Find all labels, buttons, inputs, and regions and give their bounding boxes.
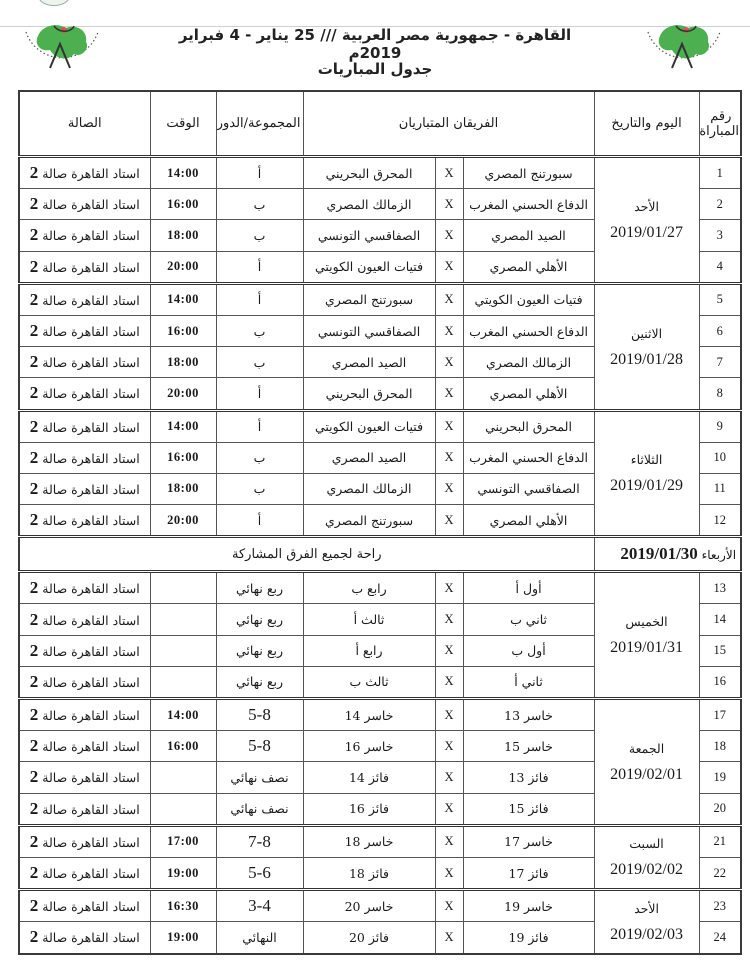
team-home: خاسر 15: [463, 731, 594, 762]
match-time: [150, 762, 216, 793]
group-stage: 5-8: [216, 699, 303, 731]
match-number: 3: [699, 220, 741, 251]
group-stage: 5-8: [216, 731, 303, 762]
team-home: الدفاع الحسني المغرب: [463, 442, 594, 473]
match-time: 14:00: [150, 699, 216, 731]
table-header-row: رقمالمباراة اليوم والتاريخ الفريقان المت…: [19, 91, 741, 157]
team-home: ثاني ب: [463, 604, 594, 635]
versus-mark: X: [435, 731, 463, 762]
table-row: 9الثلاثاء2019/01/29المحرق البحرينيXفتيات…: [19, 410, 741, 442]
table-row: 5الاثنين2019/01/28فتيات العيون الكويتيXس…: [19, 283, 741, 315]
match-number: 10: [699, 442, 741, 473]
venue: استاد القاهرة صالة 2: [19, 283, 150, 315]
match-time: [150, 604, 216, 635]
venue: استاد القاهرة صالة 2: [19, 220, 150, 251]
team-home: فتيات العيون الكويتي: [463, 283, 594, 315]
column-header-date: اليوم والتاريخ: [594, 91, 699, 157]
team-home: الأهلي المصري: [463, 378, 594, 410]
venue: استاد القاهرة صالة 2: [19, 410, 150, 442]
match-time: 20:00: [150, 251, 216, 283]
team-away: فائز 16: [303, 793, 435, 825]
match-number: 20: [699, 793, 741, 825]
table-row: 21السبت2019/02/02خاسر 17Xخاسر 187-817:00…: [19, 825, 741, 857]
match-time: 18:00: [150, 220, 216, 251]
venue: استاد القاهرة صالة 2: [19, 157, 150, 189]
group-stage: ب: [216, 347, 303, 378]
column-header-teams: الفريقان المتباريان: [303, 91, 594, 157]
team-away: سبورتنج المصري: [303, 283, 435, 315]
team-away: ثالث أ: [303, 604, 435, 635]
match-time: [150, 572, 216, 604]
match-time: 16:30: [150, 890, 216, 922]
versus-mark: X: [435, 347, 463, 378]
match-time: 18:00: [150, 473, 216, 504]
versus-mark: X: [435, 666, 463, 698]
group-stage: ربع نهائي: [216, 572, 303, 604]
venue: استاد القاهرة صالة 2: [19, 189, 150, 220]
group-stage: ربع نهائي: [216, 666, 303, 698]
match-time: 19:00: [150, 922, 216, 954]
venue: استاد القاهرة صالة 2: [19, 347, 150, 378]
team-away: فتيات العيون الكويتي: [303, 251, 435, 283]
team-home: فائز 17: [463, 857, 594, 889]
group-stage: أ: [216, 283, 303, 315]
group-stage: أ: [216, 378, 303, 410]
venue: استاد القاهرة صالة 2: [19, 315, 150, 346]
team-home: فائز 13: [463, 762, 594, 793]
venue: استاد القاهرة صالة 2: [19, 505, 150, 537]
team-away: الزمالك المصري: [303, 473, 435, 504]
table-row: 1الأحد2019/01/27سبورتنج المصريXالمحرق ال…: [19, 157, 741, 189]
match-number: 7: [699, 347, 741, 378]
team-home: أول ب: [463, 635, 594, 666]
match-number: 1: [699, 157, 741, 189]
versus-mark: X: [435, 857, 463, 889]
match-time: 16:00: [150, 442, 216, 473]
team-away: الصفاقسي التونسي: [303, 315, 435, 346]
team-away: خاسر 20: [303, 890, 435, 922]
match-number: 6: [699, 315, 741, 346]
group-stage: 3-4: [216, 890, 303, 922]
match-time: 16:00: [150, 315, 216, 346]
team-away: فتيات العيون الكويتي: [303, 410, 435, 442]
group-stage: ب: [216, 473, 303, 504]
match-number: 21: [699, 825, 741, 857]
versus-mark: X: [435, 157, 463, 189]
versus-mark: X: [435, 410, 463, 442]
match-day-date: الخميس2019/01/31: [594, 572, 699, 699]
match-time: 14:00: [150, 410, 216, 442]
team-away: فائز 20: [303, 922, 435, 954]
column-header-time: الوقت: [150, 91, 216, 157]
match-day-date: الأحد2019/02/03: [594, 890, 699, 954]
venue: استاد القاهرة صالة 2: [19, 635, 150, 666]
match-time: 19:00: [150, 857, 216, 889]
group-stage: 5-6: [216, 857, 303, 889]
team-home: الزمالك المصري: [463, 347, 594, 378]
team-home: الأهلي المصري: [463, 505, 594, 537]
team-home: الصفاقسي التونسي: [463, 473, 594, 504]
team-home: الدفاع الحسني المغرب: [463, 315, 594, 346]
versus-mark: X: [435, 251, 463, 283]
match-number: 22: [699, 857, 741, 889]
versus-mark: X: [435, 793, 463, 825]
group-stage: أ: [216, 251, 303, 283]
group-stage: أ: [216, 410, 303, 442]
team-away: ثالث ب: [303, 666, 435, 698]
venue: استاد القاهرة صالة 2: [19, 604, 150, 635]
table-row: 13الخميس2019/01/31أول أXرابع بربع نهائيا…: [19, 572, 741, 604]
team-home: الدفاع الحسني المغرب: [463, 189, 594, 220]
match-number: 19: [699, 762, 741, 793]
team-away: الزمالك المصري: [303, 189, 435, 220]
column-header-group: المجموعة/الدور: [216, 91, 303, 157]
team-home: الأهلي المصري: [463, 251, 594, 283]
match-number: 5: [699, 283, 741, 315]
venue: استاد القاهرة صالة 2: [19, 922, 150, 954]
team-home: أول أ: [463, 572, 594, 604]
page-title: القاهرة - جمهورية مصر العربية /// 25 ينا…: [150, 26, 600, 62]
table-body: 1الأحد2019/01/27سبورتنج المصريXالمحرق ال…: [19, 157, 741, 954]
match-number: 13: [699, 572, 741, 604]
venue: استاد القاهرة صالة 2: [19, 473, 150, 504]
venue: استاد القاهرة صالة 2: [19, 251, 150, 283]
team-home: المحرق البحريني: [463, 410, 594, 442]
rest-day-date: الأربعاء 2019/01/30: [594, 537, 741, 572]
venue: استاد القاهرة صالة 2: [19, 699, 150, 731]
group-stage: ب: [216, 189, 303, 220]
versus-mark: X: [435, 699, 463, 731]
versus-mark: X: [435, 473, 463, 504]
venue: استاد القاهرة صالة 2: [19, 793, 150, 825]
arab-volleyball-association-logo-icon: [642, 22, 726, 84]
match-time: 16:00: [150, 189, 216, 220]
match-number: 24: [699, 922, 741, 954]
venue: استاد القاهرة صالة 2: [19, 731, 150, 762]
match-number: 9: [699, 410, 741, 442]
match-time: 16:00: [150, 731, 216, 762]
venue: استاد القاهرة صالة 2: [19, 890, 150, 922]
team-away: المحرق البحريني: [303, 378, 435, 410]
match-day-date: الثلاثاء2019/01/29: [594, 410, 699, 537]
team-home: فائز 15: [463, 793, 594, 825]
versus-mark: X: [435, 505, 463, 537]
venue: استاد القاهرة صالة 2: [19, 442, 150, 473]
team-away: رابع ب: [303, 572, 435, 604]
match-time: [150, 793, 216, 825]
match-number: 16: [699, 666, 741, 698]
team-away: الصيد المصري: [303, 442, 435, 473]
page-subtitle: جدول المباريات: [150, 60, 600, 78]
group-stage: أ: [216, 505, 303, 537]
rest-day-note: راحة لجميع الفرق المشاركة: [19, 537, 594, 572]
partial-logo-icon: [38, 0, 70, 6]
venue: استاد القاهرة صالة 2: [19, 857, 150, 889]
team-home: خاسر 17: [463, 825, 594, 857]
match-number: 11: [699, 473, 741, 504]
team-home: ثاني أ: [463, 666, 594, 698]
team-away: الصيد المصري: [303, 347, 435, 378]
group-stage: أ: [216, 157, 303, 189]
group-stage: ب: [216, 315, 303, 346]
team-away: فائز 14: [303, 762, 435, 793]
versus-mark: X: [435, 604, 463, 635]
versus-mark: X: [435, 572, 463, 604]
venue: استاد القاهرة صالة 2: [19, 762, 150, 793]
versus-mark: X: [435, 378, 463, 410]
match-time: 20:00: [150, 505, 216, 537]
table-row: 17الجمعة2019/02/01خاسر 13Xخاسر 145-814:0…: [19, 699, 741, 731]
group-stage: ب: [216, 442, 303, 473]
versus-mark: X: [435, 283, 463, 315]
team-away: رابع أ: [303, 635, 435, 666]
versus-mark: X: [435, 442, 463, 473]
match-number: 4: [699, 251, 741, 283]
match-time: [150, 635, 216, 666]
top-strip: [0, 0, 750, 27]
team-home: فائز 19: [463, 922, 594, 954]
group-stage: نصف نهائي: [216, 793, 303, 825]
group-stage: 7-8: [216, 825, 303, 857]
team-home: خاسر 19: [463, 890, 594, 922]
group-stage: ربع نهائي: [216, 604, 303, 635]
team-away: خاسر 14: [303, 699, 435, 731]
team-away: الصفاقسي التونسي: [303, 220, 435, 251]
versus-mark: X: [435, 762, 463, 793]
venue: استاد القاهرة صالة 2: [19, 666, 150, 698]
venue: استاد القاهرة صالة 2: [19, 378, 150, 410]
versus-mark: X: [435, 890, 463, 922]
versus-mark: X: [435, 315, 463, 346]
match-number: 15: [699, 635, 741, 666]
match-day-date: الاثنين2019/01/28: [594, 283, 699, 410]
match-time: 17:00: [150, 825, 216, 857]
venue: استاد القاهرة صالة 2: [19, 825, 150, 857]
match-number: 8: [699, 378, 741, 410]
match-time: 20:00: [150, 378, 216, 410]
rest-day-row: الأربعاء 2019/01/30راحة لجميع الفرق المش…: [19, 537, 741, 572]
match-day-date: الأحد2019/01/27: [594, 157, 699, 284]
group-stage: نصف نهائي: [216, 762, 303, 793]
team-home: خاسر 13: [463, 699, 594, 731]
versus-mark: X: [435, 825, 463, 857]
versus-mark: X: [435, 189, 463, 220]
match-number: 17: [699, 699, 741, 731]
match-time: 14:00: [150, 283, 216, 315]
table-row: 23الأحد2019/02/03خاسر 19Xخاسر 203-416:30…: [19, 890, 741, 922]
versus-mark: X: [435, 220, 463, 251]
team-away: سبورتنج المصري: [303, 505, 435, 537]
team-away: المحرق البحريني: [303, 157, 435, 189]
column-header-venue: الصالة: [19, 91, 150, 157]
match-number: 18: [699, 731, 741, 762]
column-header-match-number: رقمالمباراة: [699, 91, 741, 157]
team-home: الصيد المصري: [463, 220, 594, 251]
arab-volleyball-association-logo-icon: [20, 22, 104, 84]
group-stage: ربع نهائي: [216, 635, 303, 666]
team-away: خاسر 18: [303, 825, 435, 857]
match-time: 18:00: [150, 347, 216, 378]
group-stage: ب: [216, 220, 303, 251]
team-away: فائز 18: [303, 857, 435, 889]
versus-mark: X: [435, 922, 463, 954]
venue: استاد القاهرة صالة 2: [19, 572, 150, 604]
team-away: خاسر 16: [303, 731, 435, 762]
match-number: 2: [699, 189, 741, 220]
match-time: 14:00: [150, 157, 216, 189]
match-number: 14: [699, 604, 741, 635]
group-stage: النهائي: [216, 922, 303, 954]
match-day-date: السبت2019/02/02: [594, 825, 699, 889]
team-home: سبورتنج المصري: [463, 157, 594, 189]
match-number: 12: [699, 505, 741, 537]
versus-mark: X: [435, 635, 463, 666]
match-number: 23: [699, 890, 741, 922]
match-day-date: الجمعة2019/02/01: [594, 699, 699, 826]
match-schedule-table: رقمالمباراة اليوم والتاريخ الفريقان المت…: [18, 90, 742, 955]
match-time: [150, 666, 216, 698]
